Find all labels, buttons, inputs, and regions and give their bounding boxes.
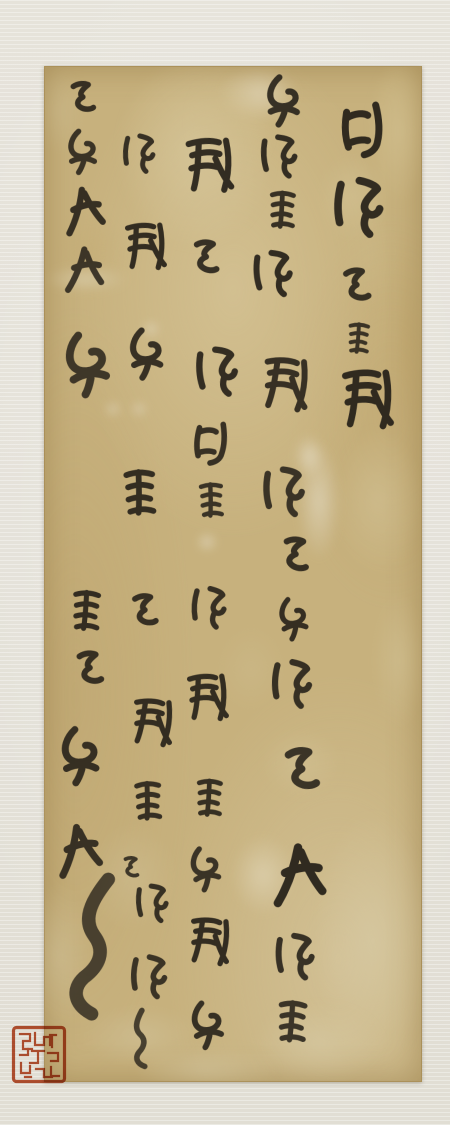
paper-stain xyxy=(231,835,295,915)
paper-stain xyxy=(44,66,84,156)
paper-stain xyxy=(132,403,146,415)
paper-stain xyxy=(44,266,129,292)
paper-stain xyxy=(186,66,276,181)
paper-stain xyxy=(197,533,217,551)
collector-seal-stamp xyxy=(11,1025,67,1084)
paper-stain xyxy=(261,728,341,798)
paper-stain xyxy=(294,434,324,478)
paper-stain xyxy=(216,624,286,714)
paper-stain xyxy=(106,403,120,415)
paper-stain xyxy=(88,822,178,932)
paper-stain xyxy=(81,1006,201,1066)
paper-stain xyxy=(44,881,91,1031)
scroll-mount xyxy=(0,0,450,1125)
paper-stain xyxy=(143,322,159,336)
paper-stain xyxy=(373,591,422,731)
paper-stain xyxy=(333,426,422,576)
calligraphy-paper xyxy=(44,66,422,1082)
paper-stain xyxy=(339,191,399,311)
